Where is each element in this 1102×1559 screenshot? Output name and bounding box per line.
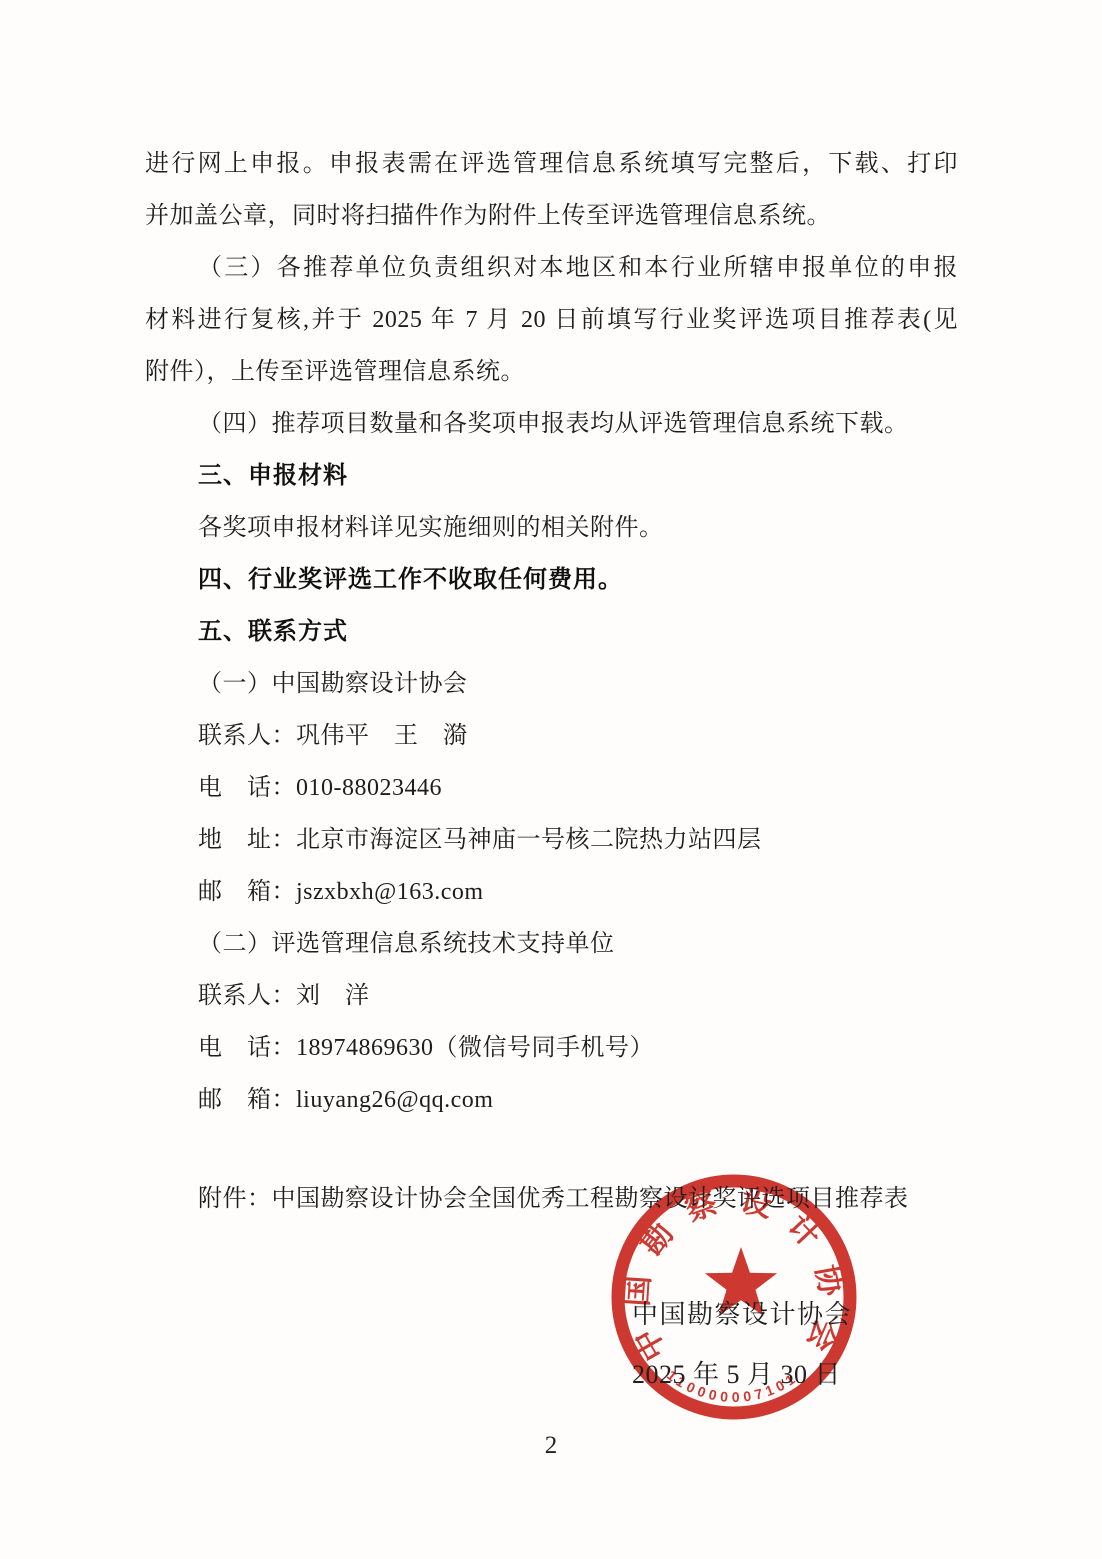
section-heading-contact: 五、联系方式 [145, 606, 958, 658]
contact2-email: 邮 箱：liuyang26@qq.com [145, 1074, 958, 1126]
body-line: 附件），上传至评选管理信息系统。 [145, 346, 958, 398]
body-line: 进行网上申报。申报表需在评选管理信息系统填写完整后，下载、打印 [145, 138, 958, 190]
contact2-person: 联系人：刘 洋 [145, 970, 958, 1022]
attachment-line: 附件：中国勘察设计协会全国优秀工程勘察设计奖评选项目推荐表 [145, 1173, 958, 1225]
section-heading-materials: 三、申报材料 [145, 450, 958, 502]
contact1-person: 联系人：巩伟平 王 漪 [145, 710, 958, 762]
contact2-title: （二）评选管理信息系统技术支持单位 [145, 918, 958, 970]
materials-text: 各奖项申报材料详见实施细则的相关附件。 [145, 502, 958, 554]
body-line: 并加盖公章，同时将扫描件作为附件上传至评选管理信息系统。 [145, 190, 958, 242]
document-body: 进行网上申报。申报表需在评选管理信息系统填写完整后，下载、打印 并加盖公章，同时… [145, 138, 958, 1225]
signature-block: 中国勘察设计协会 2025 年 5 月 30 日 [632, 1289, 852, 1401]
section-heading-fee: 四、行业奖评选工作不收取任何费用。 [145, 554, 958, 606]
contact1-email: 邮 箱：jszxbxh@163.com [145, 866, 958, 918]
contact1-address: 地 址：北京市海淀区马神庙一号核二院热力站四层 [145, 814, 958, 866]
body-line: 材料进行复核,并于 2025 年 7 月 20 日前填写行业奖评选项目推荐表(见 [145, 294, 958, 346]
body-line: （三）各推荐单位负责组织对本地区和本行业所辖申报单位的申报 [145, 242, 958, 294]
body-line: （四）推荐项目数量和各奖项申报表均从评选管理信息系统下载。 [145, 398, 958, 450]
signature-org: 中国勘察设计协会 [632, 1289, 852, 1341]
contact2-phone: 电 话：18974869630（微信号同手机号） [145, 1022, 958, 1074]
vertical-gap [145, 1126, 958, 1173]
contact1-title: （一）中国勘察设计协会 [145, 658, 958, 710]
page-number: 2 [0, 1432, 1102, 1460]
contact1-phone: 电 话：010-88023446 [145, 762, 958, 814]
document-page: 中国勘察设计协会 110000007101 进行网上申报。申报表需在评选管理信息… [0, 0, 1102, 1559]
signature-date: 2025 年 5 月 30 日 [632, 1349, 852, 1401]
